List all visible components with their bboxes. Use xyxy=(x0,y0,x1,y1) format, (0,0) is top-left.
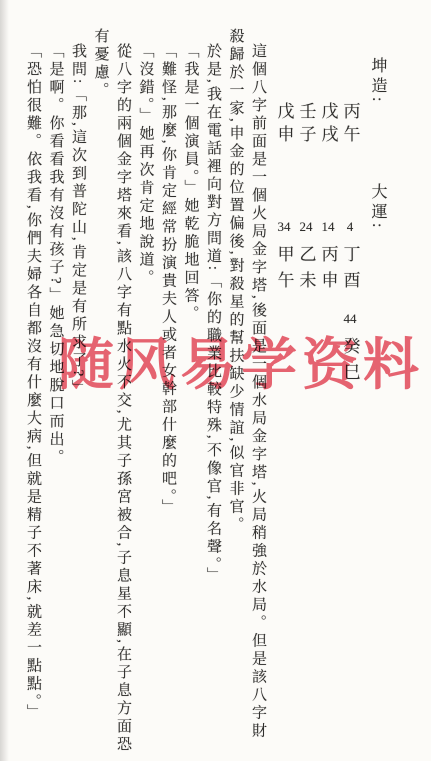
pillar-column-day: 壬子 xyxy=(296,102,316,148)
dayun-column-1: 4 丁酉 xyxy=(340,219,360,297)
dayun-age: 14 xyxy=(322,219,335,235)
paragraph: 這個八字前面是一個火局金字塔,後面是一個水局金字塔,火局稍強於水局。但是該八字財… xyxy=(224,28,269,757)
paragraph: 「我是一個演員。」她乾脆地回答。 xyxy=(179,28,202,757)
dayun-ganzhi: 甲午 xyxy=(272,245,297,297)
dayun-ganzhi: 丁酉 xyxy=(338,245,363,297)
paragraph: 於是,我在電話裡向對方問道:「你的職業比較特殊,不像官,有名聲。」 xyxy=(202,28,225,757)
dayun-age: 24 xyxy=(300,219,313,235)
dayun-age: 34 xyxy=(278,219,291,235)
dayun-column-4: 34 甲午 xyxy=(274,219,294,297)
pillar-column-month: 戊戌 xyxy=(318,102,338,148)
pillar-column-hour: 戊申 xyxy=(274,102,294,148)
dayun-age: 4 xyxy=(347,219,354,235)
dayun-column-5: 44 癸巳 xyxy=(340,311,360,389)
paragraph: 「沒錯。」她再次肯定地說道。 xyxy=(134,28,157,757)
paragraph: 從八字的兩個金字塔來看,該八字有點水火不交,尤其子孫宮被合,子息星不顯,在子息方… xyxy=(89,28,134,757)
dayun-ganzhi: 癸巳 xyxy=(338,337,363,389)
dayun-column-3: 24 乙未 xyxy=(296,219,316,297)
pillar-month: 戊戌 xyxy=(316,102,341,148)
paragraph: 我問:「那,這次到普陀山,肯定是有所求了?」 xyxy=(67,28,90,757)
dayun-ganzhi: 乙未 xyxy=(294,245,319,297)
dayun-label: 大運: xyxy=(366,183,389,231)
kunzao-label: 坤造: xyxy=(366,57,389,105)
dayun-ganzhi: 丙申 xyxy=(316,245,341,297)
pillar-hour: 戊申 xyxy=(272,102,297,148)
pillar-column-year: 丙午 xyxy=(340,102,360,148)
pillar-day: 壬子 xyxy=(294,102,319,148)
dayun-age: 44 xyxy=(344,311,357,327)
book-page: 坤造: 丙午 戊戌 壬子 戊申 大運: 4 丁酉 14 丙申 24 乙未 34 … xyxy=(0,0,431,761)
body-text: 這個八字前面是一個火局金字塔,後面是一個水局金字塔,火局稍強於水局。但是該八字財… xyxy=(8,28,269,757)
paragraph: 「恐怕很難。依我看,你們夫婦各自都沒有什麼大病,但就是精子不著床,就差一點點。」 xyxy=(22,28,45,757)
dayun-column-2: 14 丙申 xyxy=(318,219,338,297)
paragraph: 「難怪,那麼,你肯定經常扮演貴夫人或者女幹部什麼的吧。」 xyxy=(157,28,180,757)
paragraph: 「是啊。你看看我有沒有孩子?」她急切地脫口而出。 xyxy=(44,28,67,757)
pillar-year: 丙午 xyxy=(338,102,363,148)
